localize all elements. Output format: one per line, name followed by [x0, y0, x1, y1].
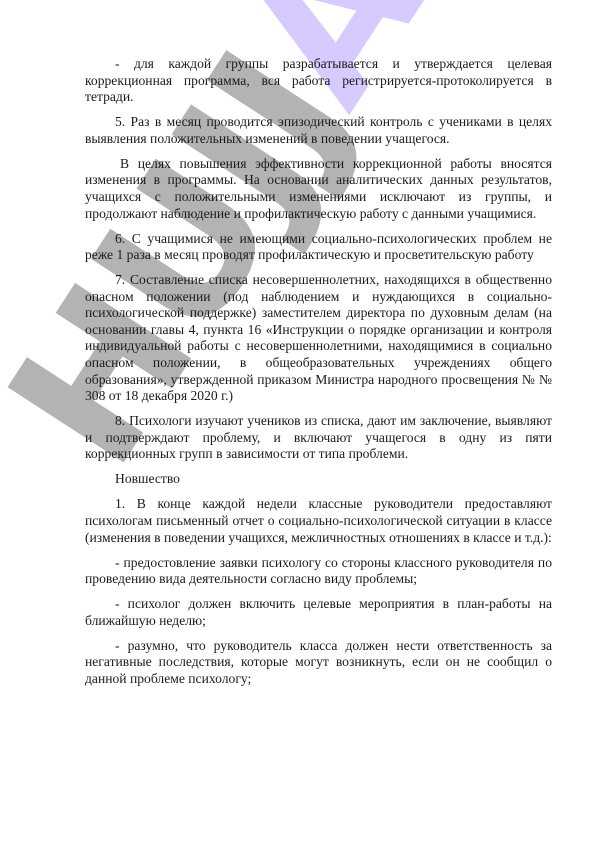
paragraph-item-8: 8. Психологи изучают учеников из списка,…	[85, 413, 552, 463]
paragraph-innovation-1: 1. В конце каждой недели классные руково…	[85, 496, 552, 546]
document-page: HUJJAT - для каждой группы разрабатывает…	[0, 0, 596, 842]
paragraph-group-program: - для каждой группы разрабатывается и ут…	[85, 56, 552, 106]
paragraph-efficiency: В целях повышения эффективности коррекци…	[85, 156, 552, 222]
paragraph-bullet-request: - предостовление заявки психологу со сто…	[85, 555, 552, 588]
paragraph-bullet-plan: - психолог должен включить целевые мероп…	[85, 596, 552, 629]
paragraph-item-5: 5. Раз в месяц проводится эпизодический …	[85, 114, 552, 147]
paragraph-bullet-responsibility: - разумно, что руководитель класса долже…	[85, 638, 552, 688]
document-body: - для каждой группы разрабатывается и ут…	[85, 56, 552, 696]
paragraph-item-6: 6. С учащимися не имеющими социально-пси…	[85, 231, 552, 264]
section-heading-innovation: Новшество	[85, 471, 552, 488]
paragraph-item-7: 7. Составление списка несовершеннолетних…	[85, 272, 552, 405]
